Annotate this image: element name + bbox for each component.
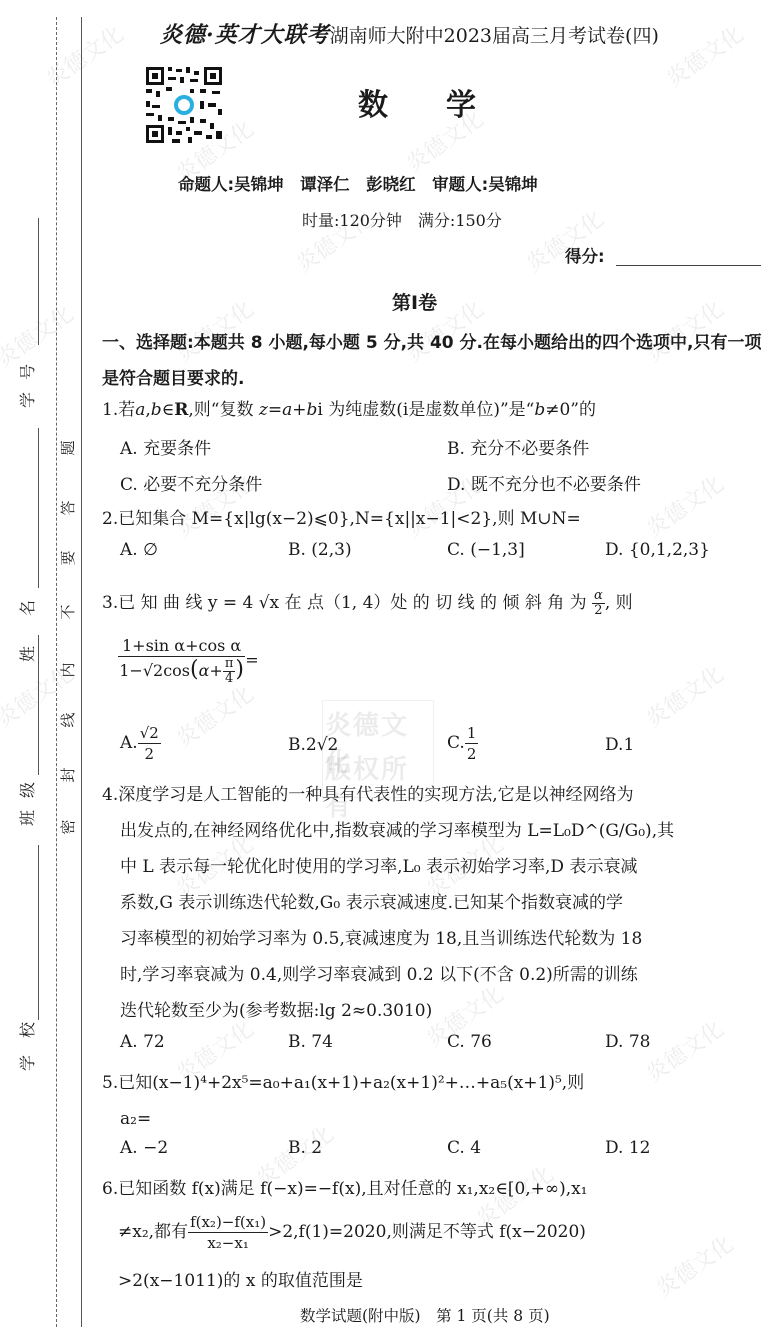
question-3-option-b[interactable]: B.2√2	[288, 735, 338, 755]
question-6-line: ≠x₂,都有f(x₂)−f(x₁)x₂−x₁>2,f(1)=2020,则满足不等…	[118, 1212, 780, 1253]
watermark: 炎德文化	[639, 658, 729, 734]
exam-header: 炎德·英才大联考湖南师大附中2023届高三月考试卷(四)	[160, 18, 659, 49]
question-2-stem: 2.已知集合 M={x|lg(x−2)⩽0},N={x||x−1|<2},则 M…	[102, 502, 770, 537]
field-label-char: 号	[18, 362, 38, 382]
volume-title: 第Ⅰ卷	[392, 288, 437, 315]
question-5-option-b[interactable]: B. 2	[288, 1138, 322, 1158]
field-label-char: 学	[18, 390, 38, 410]
field-label-char: 学	[18, 1053, 38, 1073]
question-4-line: 中 L 表示每一轮优化时使用的学习率,L₀ 表示初始学习率,D 表示衰减	[120, 850, 780, 885]
seal-char: 线	[58, 710, 78, 730]
question-4-option-a[interactable]: A. 72	[120, 1032, 165, 1052]
question-2-option-b[interactable]: B. (2,3)	[288, 540, 352, 560]
question-4-line: 4.深度学习是人工智能的一种具有代表性的实现方法,它是以神经网络为	[102, 778, 770, 813]
question-5-option-d[interactable]: D. 12	[605, 1138, 650, 1158]
class-line	[38, 635, 39, 775]
question-5-line: 5.已知(x−1)⁴+2x⁵=a₀+a₁(x+1)+a₂(x+1)²+…+a₅(…	[102, 1066, 770, 1101]
brand-title: 炎德·英才大联考	[160, 22, 330, 48]
watermark: 炎德文化	[519, 203, 609, 279]
question-3-option-d[interactable]: D.1	[605, 735, 634, 755]
seal-char: 答	[58, 498, 78, 518]
field-label-char: 姓	[18, 644, 38, 664]
school-line	[38, 845, 39, 1020]
qr-code-icon[interactable]	[144, 65, 224, 145]
seal-char: 要	[58, 548, 78, 568]
question-5-option-c[interactable]: C. 4	[447, 1138, 481, 1158]
field-label-char: 班	[18, 808, 38, 828]
seal-dotted-line	[56, 17, 57, 1327]
question-2-option-a[interactable]: A. ∅	[120, 540, 158, 560]
seal-char: 不	[58, 602, 78, 622]
field-label-char: 级	[18, 780, 38, 800]
question-4-line: 系数,G 表示训练迭代轮数,G₀ 表示衰减速度.已知某个指数衰减的学	[120, 886, 780, 921]
watermark: 炎德文化	[39, 18, 129, 94]
question-1-option-b[interactable]: B. 充分不必要条件	[447, 434, 589, 459]
margin-rule	[81, 17, 82, 1327]
question-4-line: 时,学习率衰减为 0.4,则学习率衰减到 0.2 以下(不含 0.2)所需的训练	[120, 958, 780, 993]
time-score-info: 时量:120分钟 满分:150分	[302, 208, 502, 231]
authors-line: 命题人:吴锦坤 谭泽仁 彭晓红 审题人:吴锦坤	[178, 171, 538, 195]
watermark: 炎德文化	[659, 18, 749, 94]
question-4-line: 习率模型的初始学习率为 0.5,衰减速度为 18,且当训练迭代轮数为 18	[120, 922, 780, 957]
question-4-line: 迭代轮数至少为(参考数据:lg 2≈0.3010)	[120, 994, 780, 1029]
question-6-line: >2(x−1011)的 x 的取值范围是	[118, 1264, 780, 1299]
field-label-char: 名	[18, 598, 38, 618]
question-2-option-c[interactable]: C. (−1,3]	[447, 540, 525, 560]
question-4-option-c[interactable]: C. 76	[447, 1032, 492, 1052]
subject-title: 数学	[358, 80, 534, 124]
seal-char: 封	[58, 765, 78, 785]
question-4-line: 出发点的,在神经网络优化中,指数衰减的学习率模型为 L=L₀D^(G/G₀),其	[120, 814, 780, 849]
exam-title: 湖南师大附中2023届高三月考试卷(四)	[330, 25, 659, 47]
score-label: 得分:	[565, 243, 605, 267]
section-intro: 一、选择题:本题共 8 小题,每小题 5 分,共 40 分.在每小题给出的四个选…	[102, 325, 772, 397]
question-6-line: 6.已知函数 f(x)满足 f(−x)=−f(x),且对任意的 x₁,x₂∈[0…	[102, 1172, 770, 1207]
question-3-option-c[interactable]: C.12	[447, 723, 478, 764]
watermark: 炎德文化	[169, 678, 259, 754]
question-5-option-a[interactable]: A. −2	[120, 1138, 168, 1158]
field-label-char: 校	[18, 1020, 38, 1040]
seal-char: 密	[58, 817, 78, 837]
question-2-option-d[interactable]: D. {0,1,2,3}	[605, 540, 710, 560]
watermark: 炎德文化	[0, 298, 79, 374]
question-1-stem: 1.若a,b∈R,则“复数 z=a+bi 为纯虚数(i是虚数单位)”是“b≠0”…	[102, 393, 770, 428]
question-3-expression: 1+sin α+cos α 1−√2cos(α+π4) =	[118, 636, 259, 686]
question-3-stem: 3.已 知 曲 线 y = 4 √x 在 点（1, 4）处 的 切 线 的 倾 …	[102, 586, 770, 621]
question-4-option-b[interactable]: B. 74	[288, 1032, 333, 1052]
seal-char: 题	[58, 438, 78, 458]
page-footer: 数学试题(附中版) 第 1 页(共 8 页)	[300, 1304, 550, 1326]
question-1-option-d[interactable]: D. 既不充分也不必要条件	[447, 470, 641, 495]
score-blank[interactable]	[616, 265, 761, 266]
question-1-option-a[interactable]: A. 充要条件	[120, 434, 211, 459]
question-5-line: a₂=	[120, 1102, 780, 1137]
student-id-line	[38, 218, 39, 345]
question-1-option-c[interactable]: C. 必要不充分条件	[120, 470, 262, 495]
question-3-option-a[interactable]: A.√22	[120, 723, 161, 764]
question-4-option-d[interactable]: D. 78	[605, 1032, 650, 1052]
name-line	[38, 428, 39, 588]
seal-char: 内	[58, 660, 78, 680]
